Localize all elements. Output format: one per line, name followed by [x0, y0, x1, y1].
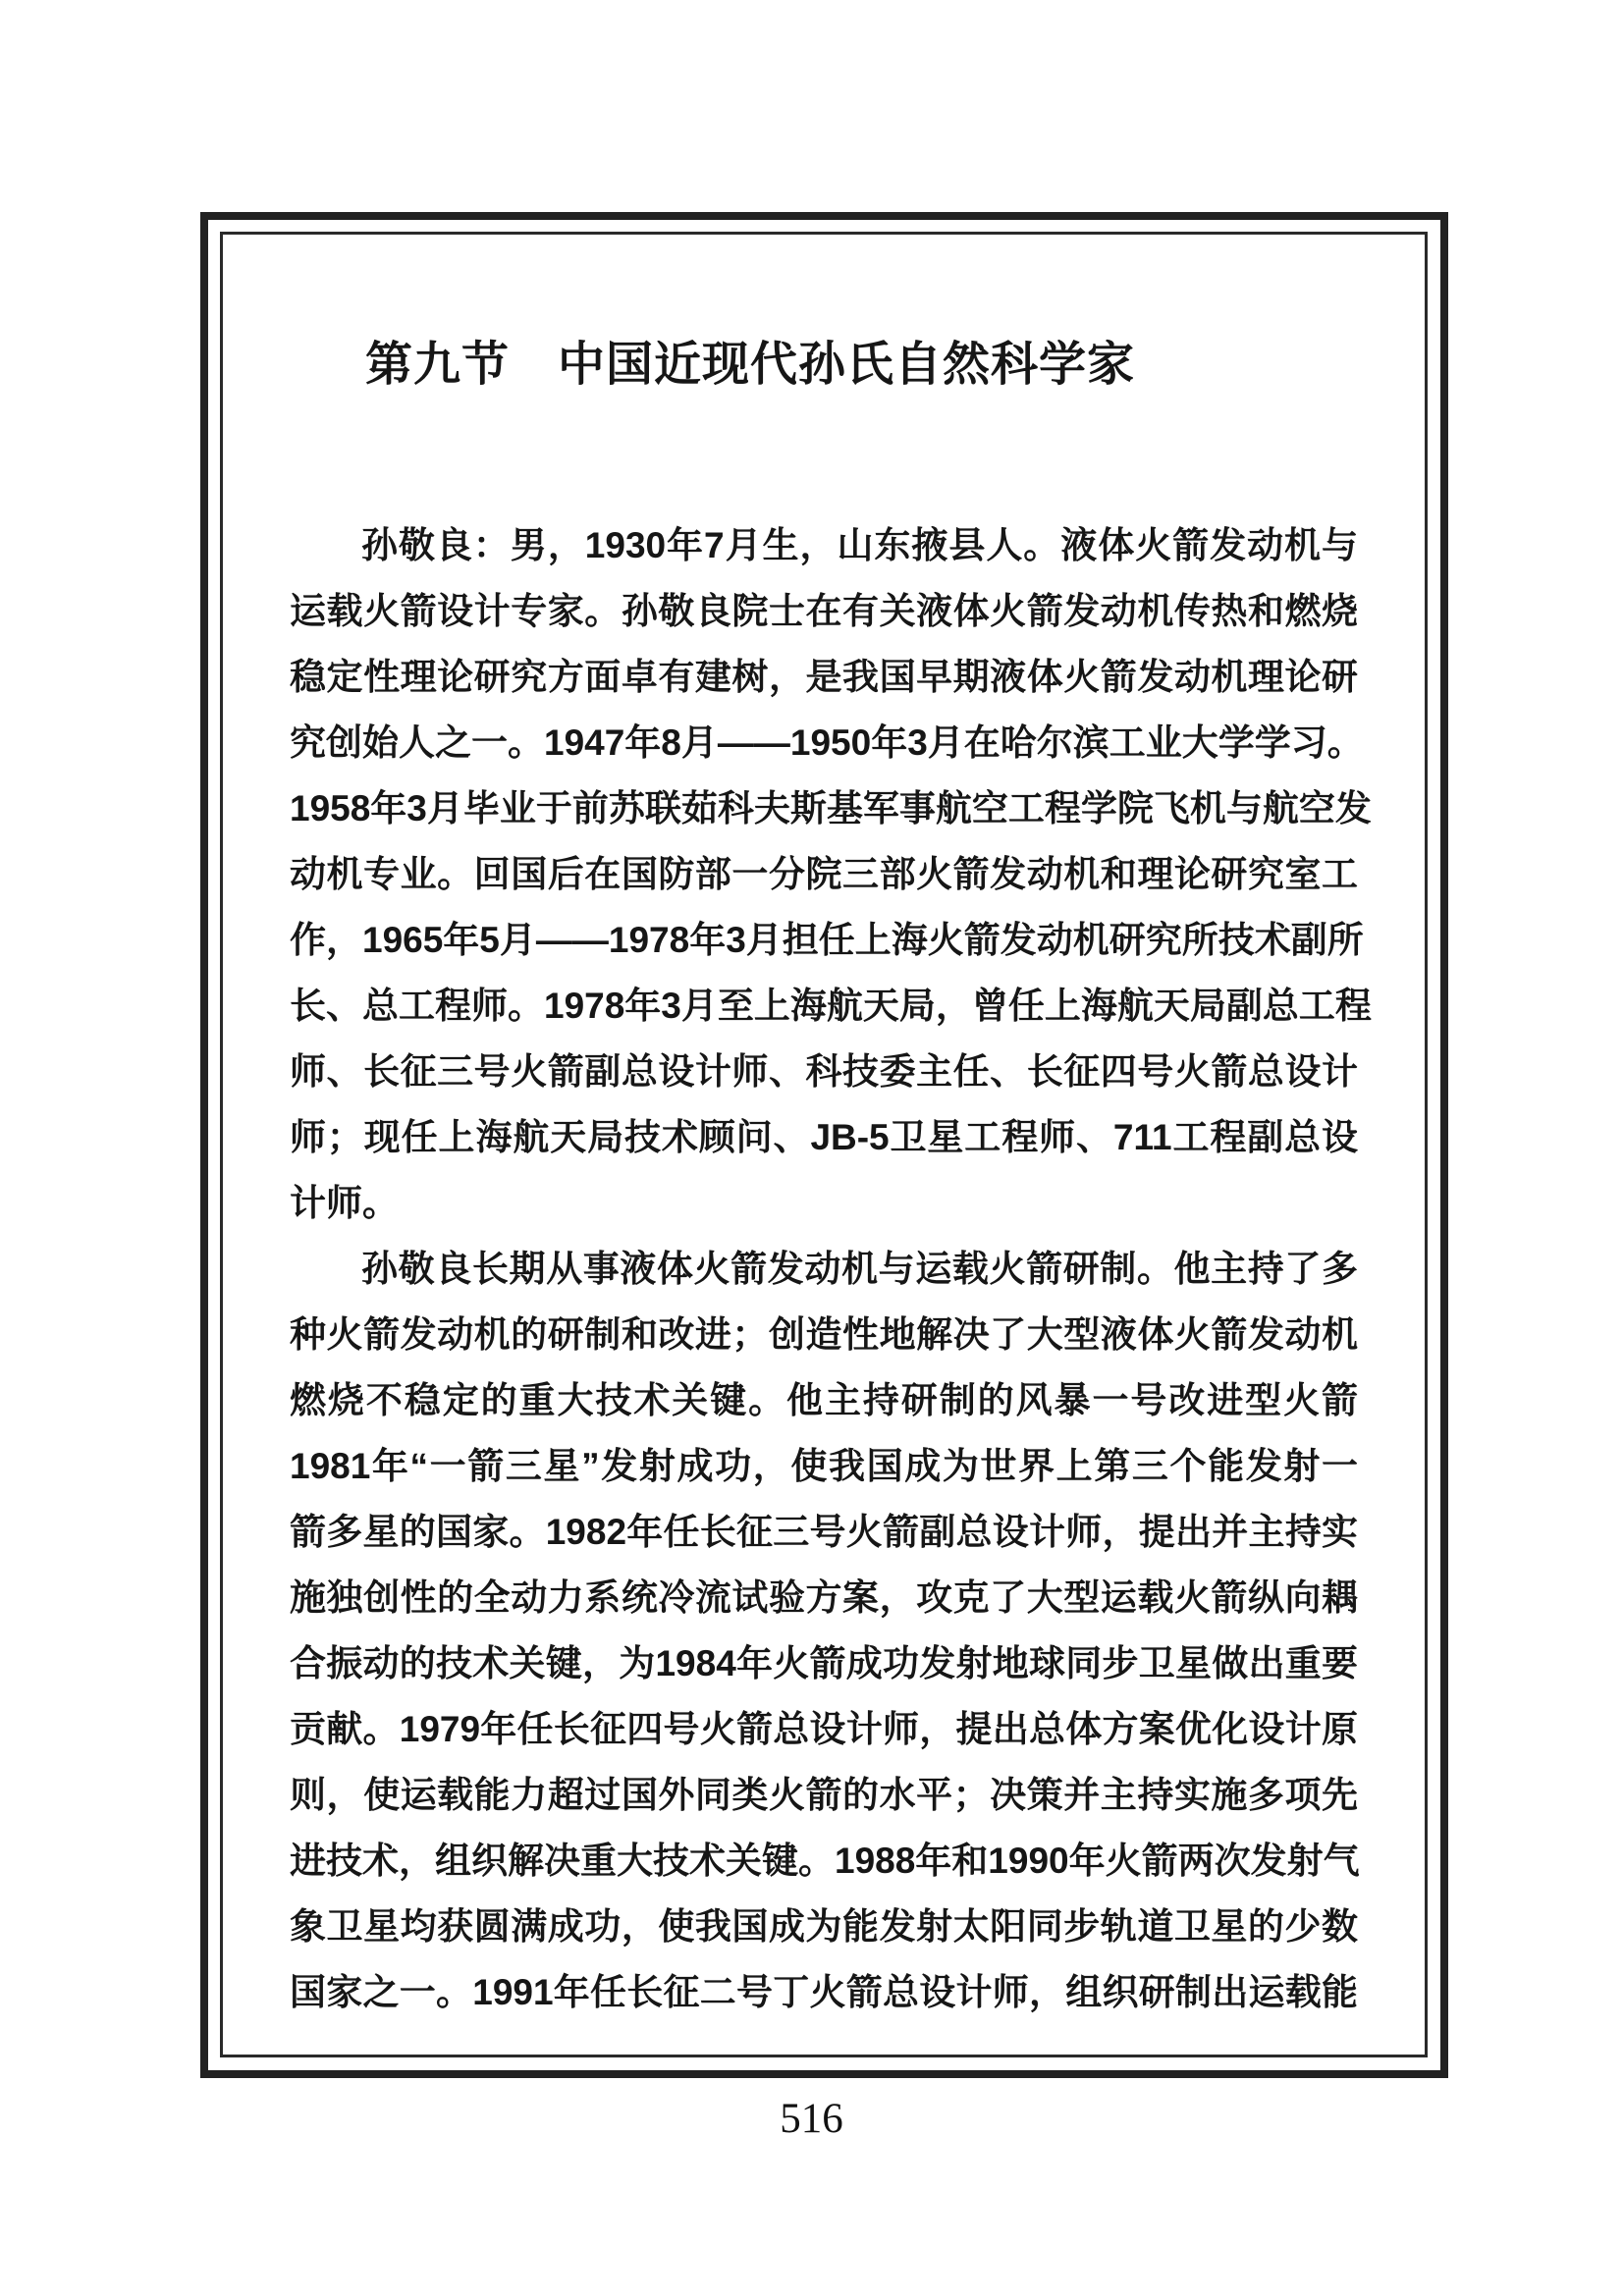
book-page: 第九节 中国近现代孙氏自然科学家 孙敬良：男，1930年7月生，山东掖县人。液体… [0, 0, 1623, 2296]
text-line: 孙敬良长期从事液体火箭发动机与运载火箭研制。他主持了多 [290, 1236, 1358, 1302]
text-line: 师、长征三号火箭副总设计师、科技委主任、长征四号火箭总设计 [290, 1039, 1358, 1104]
text-line: 稳定性理论研究方面卓有建树，是我国早期液体火箭发动机理论研 [290, 644, 1358, 710]
text-line: 1958年3月毕业于前苏联茹科夫斯基军事航空工程学院飞机与航空发 [290, 775, 1358, 841]
paragraph: 孙敬良长期从事液体火箭发动机与运载火箭研制。他主持了多种火箭发动机的研制和改进；… [290, 1236, 1358, 2025]
text-line: 象卫星均获圆满成功，使我国成为能发射太阳同步轨道卫星的少数 [290, 1894, 1358, 1959]
text-line: 运载火箭设计专家。孙敬良院士在有关液体火箭发动机传热和燃烧 [290, 578, 1358, 644]
text-line: 师；现任上海航天局技术顾问、JB-5卫星工程师、711工程副总设 [290, 1104, 1358, 1170]
text-line: 施独创性的全动力系统冷流试验方案，攻克了大型运载火箭纵向耦 [290, 1565, 1358, 1630]
text-line: 合振动的技术关键，为1984年火箭成功发射地球同步卫星做出重要 [290, 1630, 1358, 1696]
text-line: 长、总工程师。1978年3月至上海航天局，曾任上海航天局副总工程 [290, 973, 1358, 1039]
text-line: 则，使运载能力超过国外同类火箭的水平；决策并主持实施多项先 [290, 1762, 1358, 1828]
text-line: 贡献。1979年任长征四号火箭总设计师，提出总体方案优化设计原 [290, 1696, 1358, 1762]
text-line: 1981年“一箭三星”发射成功，使我国成为世界上第三个能发射一 [290, 1433, 1358, 1499]
body-text: 孙敬良：男，1930年7月生，山东掖县人。液体火箭发动机与运载火箭设计专家。孙敬… [290, 512, 1358, 2025]
text-line: 作，1965年5月——1978年3月担任上海火箭发动机研究所技术副所 [290, 907, 1358, 973]
section-title: 第九节 中国近现代孙氏自然科学家 [365, 340, 1135, 391]
text-line: 箭多星的国家。1982年任长征三号火箭副总设计师，提出并主持实 [290, 1499, 1358, 1565]
page-number: 516 [0, 2095, 1623, 2143]
text-line: 进技术，组织解决重大技术关键。1988年和1990年火箭两次发射气 [290, 1828, 1358, 1894]
text-line: 孙敬良：男，1930年7月生，山东掖县人。液体火箭发动机与 [290, 512, 1358, 578]
text-line: 国家之一。1991年任长征二号丁火箭总设计师，组织研制出运载能 [290, 1959, 1358, 2025]
text-line: 种火箭发动机的研制和改进；创造性地解决了大型液体火箭发动机 [290, 1302, 1358, 1367]
text-line: 计师。 [290, 1170, 1358, 1236]
text-line: 究创始人之一。1947年8月——1950年3月在哈尔滨工业大学学习。 [290, 710, 1358, 775]
text-line: 动机专业。回国后在国防部一分院三部火箭发动机和理论研究室工 [290, 841, 1358, 907]
text-line: 燃烧不稳定的重大技术关键。他主持研制的风暴一号改进型火箭 [290, 1367, 1358, 1433]
paragraph: 孙敬良：男，1930年7月生，山东掖县人。液体火箭发动机与运载火箭设计专家。孙敬… [290, 512, 1358, 1236]
